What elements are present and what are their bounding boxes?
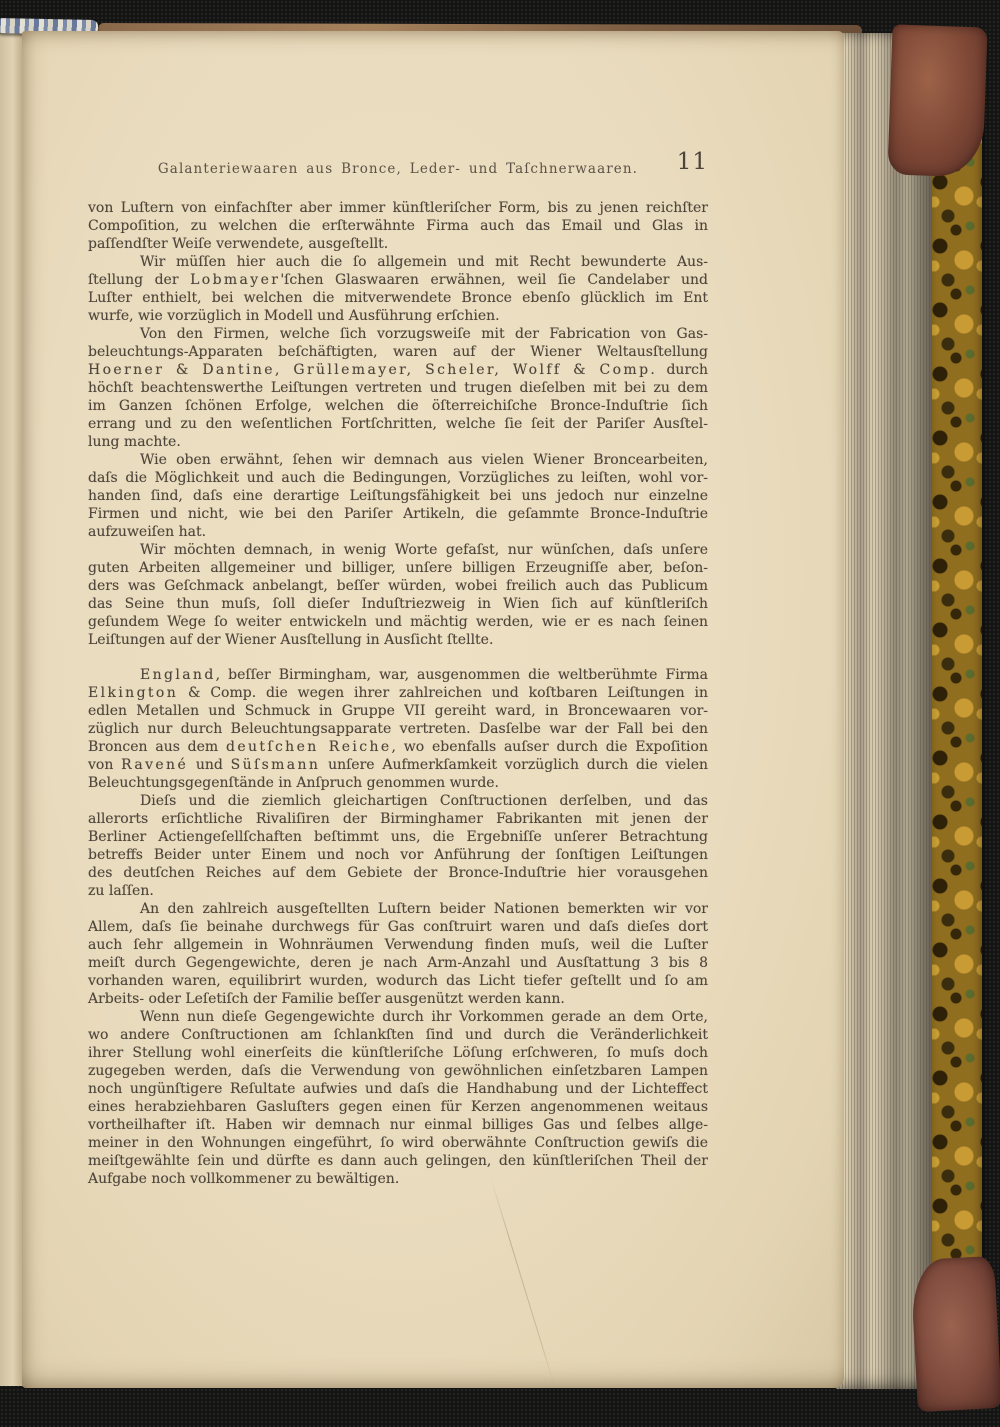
text-segment: vortheilhafter iſt. Haben wir demnach nu… (88, 1117, 708, 1133)
adjacent-page-edge (0, 30, 23, 1386)
text-line: im Ganzen ſchönen Erfolge, welchen die ö… (88, 397, 708, 415)
text-segment: zu laſſen. (88, 883, 154, 899)
text-segment: daſs die Möglichkeit und auch die Beding… (88, 470, 708, 486)
paragraph: Von den Firmen, welche ſich vorzugsweiſe… (88, 325, 708, 451)
text-segment: auch ſehr allgemein in Wohnräumen Verwen… (88, 937, 708, 953)
text-line: Broncen aus dem deutſchen Reiche, wo ebe… (88, 738, 708, 756)
text-line: von Luſtern von einfachſter aber immer k… (88, 199, 708, 217)
text-segment: aufzuweiſen hat. (88, 524, 206, 540)
text-line: Hoerner & Dantine, Grüllemayer, Scheler,… (88, 361, 708, 379)
text-line: Berliner Actiengeſellſchaften beſtimmt u… (88, 828, 708, 846)
text-line: von Ravené und Süſsmann unſere Aufmerkſa… (88, 756, 708, 774)
text-line: Firmen und nicht, wie bei den Pariſer Ar… (88, 505, 708, 523)
text-line: wo andere Conſtructionen am ſchlankſten … (88, 1026, 708, 1044)
text-line: Elkington & Comp. die wegen ihrer zahlre… (88, 684, 708, 702)
text-segment: von (88, 757, 121, 773)
paragraph: An den zahlreich ausgeſtellten Luſtern b… (88, 900, 708, 1008)
text-segment: Allem, daſs ſie beinahe durchwegs für Ga… (88, 919, 708, 935)
text-line: Dieſs und die ziemlich gleichartigen Con… (88, 792, 708, 810)
paragraph: von Luſtern von einfachſter aber immer k… (88, 199, 708, 253)
text-line: An den zahlreich ausgeſtellten Luſtern b… (88, 900, 708, 918)
text-segment: betreffs Beider unter Einem und noch vor… (88, 847, 708, 863)
text-line: lung machte. (88, 433, 708, 451)
text-segment: meiſt durch Gegengewichte, deren je nach… (88, 955, 708, 971)
emphasized-name: deutſchen Reiche (226, 739, 392, 755)
text-line: Luſter enthielt, bei welchen die mitverw… (88, 289, 708, 307)
paragraph: Wie oben erwähnt, ſehen wir demnach aus … (88, 451, 708, 541)
paragraph: Wir müſſen hier auch die ſo allgemein un… (88, 253, 708, 325)
paper-crease (490, 1177, 555, 1386)
text-line: Allem, daſs ſie beinahe durchwegs für Ga… (88, 918, 708, 936)
text-line: Beleuchtungsgegenſtände in Anſpruch geno… (88, 774, 708, 792)
text-segment: 'ſchen Glaswaaren erwähnen, weil ſie Can… (280, 272, 708, 288)
text-line: guten Arbeiten allgemeiner und billiger,… (88, 559, 708, 577)
text-line: daſs die Möglichkeit und auch die Beding… (88, 469, 708, 487)
text-line: betreffs Beider unter Einem und noch vor… (88, 846, 708, 864)
emphasized-name: England (140, 667, 216, 683)
text-line: meiſtgewählte ſein und dürfte es dann au… (88, 1152, 708, 1170)
text-segment: Wir möchten demnach, in wenig Worte gefa… (140, 542, 708, 558)
paragraph: England, beſſer Birmingham, war, ausgeno… (88, 666, 708, 792)
text-line: meiſt durch Gegengewichte, deren je nach… (88, 954, 708, 972)
text-line: ſtellung der Lobmayer'ſchen Glaswaaren e… (88, 271, 708, 289)
text-segment: im Ganzen ſchönen Erfolge, welchen die ö… (88, 398, 708, 414)
text-segment: Von den Firmen, welche ſich vorzugsweiſe… (140, 326, 708, 342)
text-segment: Arbeits- oder Leſetiſch der Familie beſſ… (88, 991, 565, 1007)
text-line: Leiſtungen auf der Wiener Ausſtellung in… (88, 631, 708, 649)
text-segment: und (188, 757, 231, 773)
text-segment: wurfe, wie vorzüglich in Modell und Ausf… (88, 308, 500, 324)
text-line: Arbeits- oder Leſetiſch der Familie beſſ… (88, 990, 708, 1008)
text-segment: allerorts erſichtliche Rivaliſiren der B… (88, 811, 708, 827)
text-line: züglich nur durch Beleuchtungsapparate v… (88, 720, 708, 738)
emphasized-name: Hoerner & Dantine, Grüllemayer, Scheler,… (88, 362, 657, 378)
text-line: Wenn nun dieſe Gegengewichte durch ihr V… (88, 1008, 708, 1026)
text-segment: Aufgabe noch vollkommener zu bewältigen. (88, 1171, 399, 1187)
text-segment: Firmen und nicht, wie bei den Pariſer Ar… (88, 506, 708, 522)
text-line: Wir müſſen hier auch die ſo allgemein un… (88, 253, 708, 271)
text-line: geſundem Wege ſo weiter entwickeln und m… (88, 613, 708, 631)
text-line: ihrer Stellung wohl einerſeits die künſt… (88, 1044, 708, 1062)
text-line: meiner in den Wohnungen eingeführt, ſo w… (88, 1134, 708, 1152)
text-segment: beleuchtungs-Apparaten beſchäftigten, wa… (88, 344, 708, 360)
text-segment: errang und zu den weſentlichen Fortſchri… (88, 416, 708, 432)
text-segment: meiſtgewählte ſein und dürfte es dann au… (88, 1153, 708, 1169)
text-segment: ders was Geſchmack anbelangt, beſſer wür… (88, 578, 708, 594)
text-line: paſſendſter Weiſe verwendete, ausgeſtell… (88, 235, 708, 253)
text-line: zu laſſen. (88, 882, 708, 900)
text-line: Aufgabe noch vollkommener zu bewältigen. (88, 1170, 708, 1188)
text-segment: lung machte. (88, 434, 181, 450)
text-segment: geſundem Wege ſo weiter entwickeln und m… (88, 614, 708, 630)
page-number: 11 (88, 149, 708, 175)
text-segment: Wenn nun dieſe Gegengewichte durch ihr V… (140, 1009, 708, 1025)
text-segment: meiner in den Wohnungen eingeführt, ſo w… (88, 1135, 708, 1151)
text-segment: Luſter enthielt, bei welchen die mitverw… (88, 290, 708, 306)
page-stack-fore-edge (836, 33, 932, 1389)
text-segment: Broncen aus dem (88, 739, 226, 755)
text-line: beleuchtungs-Apparaten beſchäftigten, wa… (88, 343, 708, 361)
text-line: handen ſind, daſs eine derartige Leiſtun… (88, 487, 708, 505)
text-line: vorhanden waren, equilibrirt wurden, wod… (88, 972, 708, 990)
text-line: Von den Firmen, welche ſich vorzugsweiſe… (88, 325, 708, 343)
text-segment: des deutſchen Reiches auf dem Gebiete de… (88, 865, 708, 881)
text-segment: handen ſind, daſs eine derartige Leiſtun… (88, 488, 708, 504)
text-line: auch ſehr allgemein in Wohnräumen Verwen… (88, 936, 708, 954)
text-line: Wir möchten demnach, in wenig Worte gefa… (88, 541, 708, 559)
text-segment: Leiſtungen auf der Wiener Ausſtellung in… (88, 632, 493, 648)
text-segment: höchſt beachtenswerthe Leiſtungen vertre… (88, 380, 708, 396)
paragraph: Dieſs und die ziemlich gleichartigen Con… (88, 792, 708, 900)
text-segment: ihrer Stellung wohl einerſeits die künſt… (88, 1045, 708, 1061)
text-segment: wo andere Conſtructionen am ſchlankſten … (88, 1027, 708, 1043)
text-segment: durch (657, 362, 708, 378)
text-line: England, beſſer Birmingham, war, ausgeno… (88, 666, 708, 684)
paragraph: Wir möchten demnach, in wenig Worte gefa… (88, 541, 708, 649)
text-line: wurfe, wie vorzüglich in Modell und Ausf… (88, 307, 708, 325)
text-line: edlen Metallen und Schmuck in Gruppe VII… (88, 702, 708, 720)
text-segment: guten Arbeiten allgemeiner und billiger,… (88, 560, 708, 576)
text-segment: , beſſer Birmingham, war, ausgenommen di… (216, 667, 708, 683)
emphasized-name: Süſsmann (231, 757, 321, 773)
text-line: des deutſchen Reiches auf dem Gebiete de… (88, 864, 708, 882)
text-segment: Wir müſſen hier auch die ſo allgemein un… (140, 254, 708, 270)
text-segment: züglich nur durch Beleuchtungsapparate v… (88, 721, 708, 737)
marbled-cover-strip (928, 44, 982, 1392)
leather-corner-bottom (910, 1256, 1000, 1412)
text-line: Compoſition, zu welchen die erſterwähnte… (88, 217, 708, 235)
book-page: Galanteriewaaren aus Bronce, Leder- und … (22, 31, 844, 1388)
text-line: ders was Geſchmack anbelangt, beſſer wür… (88, 577, 708, 595)
text-segment: & Comp. die wegen ihrer zahlreichen und … (178, 685, 708, 701)
text-line: noch ungünſtigere Reſultate aufwies und … (88, 1080, 708, 1098)
text-line: allerorts erſichtliche Rivaliſiren der B… (88, 810, 708, 828)
text-segment: paſſendſter Weiſe verwendete, ausgeſtell… (88, 236, 388, 252)
text-segment: Beleuchtungsgegenſtände in Anſpruch geno… (88, 775, 499, 791)
emphasized-name: Elkington (88, 685, 178, 701)
text-block: von Luſtern von einfachſter aber immer k… (88, 199, 708, 1188)
text-line: vortheilhafter iſt. Haben wir demnach nu… (88, 1116, 708, 1134)
text-line: errang und zu den weſentlichen Fortſchri… (88, 415, 708, 433)
text-segment: An den zahlreich ausgeſtellten Luſtern b… (140, 901, 708, 917)
emphasized-name: Lobmayer (190, 272, 280, 288)
text-line: eines herabziehbaren Gasluſters gegen ei… (88, 1098, 708, 1116)
text-segment: , wo ebenfalls auſser durch die Expoſiti… (392, 739, 708, 755)
emphasized-name: Ravené (121, 757, 188, 773)
text-segment: von Luſtern von einfachſter aber immer k… (88, 200, 708, 216)
leather-corner-top (887, 24, 987, 177)
text-segment: eines herabziehbaren Gasluſters gegen ei… (88, 1099, 708, 1115)
text-segment: Wie oben erwähnt, ſehen wir demnach aus … (140, 452, 708, 468)
text-segment: das Seine thun muſs, ſoll dieſer Induſtr… (88, 596, 708, 612)
text-line: das Seine thun muſs, ſoll dieſer Induſtr… (88, 595, 708, 613)
text-segment: Dieſs und die ziemlich gleichartigen Con… (140, 793, 708, 809)
text-segment: noch ungünſtigere Reſultate aufwies und … (88, 1081, 708, 1097)
text-segment: vorhanden waren, equilibrirt wurden, wod… (88, 973, 708, 989)
text-segment: zugegeben werden, daſs die Verwendung vo… (88, 1063, 708, 1079)
text-line: zugegeben werden, daſs die Verwendung vo… (88, 1062, 708, 1080)
text-segment: Berliner Actiengeſellſchaften beſtimmt u… (88, 829, 708, 845)
text-line: Wie oben erwähnt, ſehen wir demnach aus … (88, 451, 708, 469)
paragraph: Wenn nun dieſe Gegengewichte durch ihr V… (88, 1008, 708, 1188)
text-segment: Compoſition, zu welchen die erſterwähnte… (88, 218, 708, 234)
text-segment: unſere Aufmerkſamkeit vorzüglich durch d… (320, 757, 708, 773)
book-scan-scene: Galanteriewaaren aus Bronce, Leder- und … (0, 0, 1000, 1427)
text-segment: ſtellung der (88, 272, 190, 288)
text-line: aufzuweiſen hat. (88, 523, 708, 541)
text-segment: edlen Metallen und Schmuck in Gruppe VII… (88, 703, 708, 719)
text-line: höchſt beachtenswerthe Leiſtungen vertre… (88, 379, 708, 397)
